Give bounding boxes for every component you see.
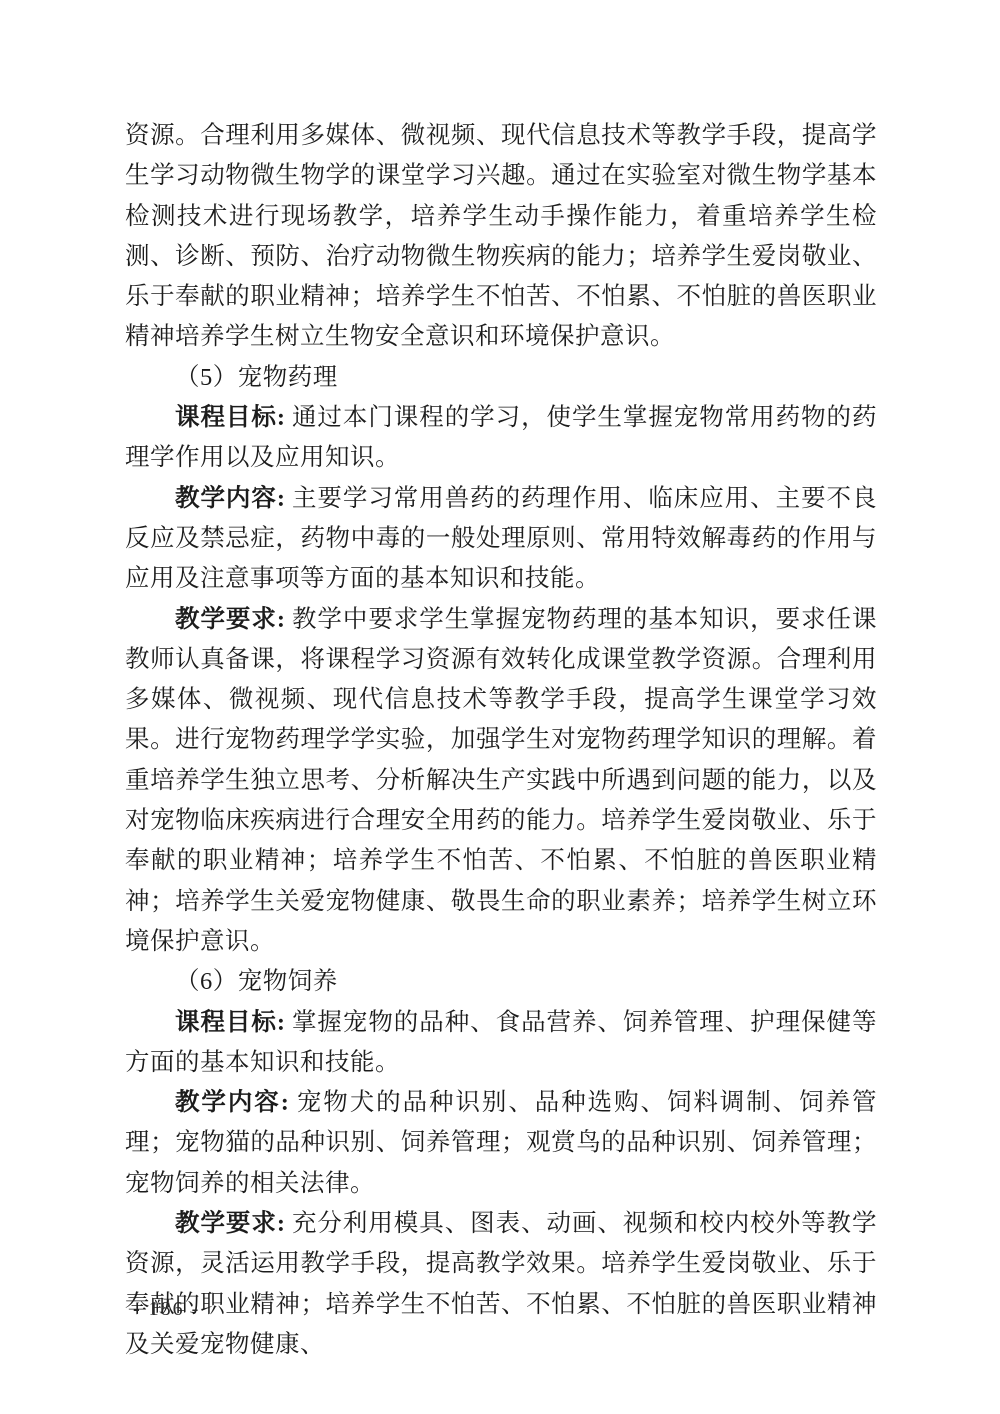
- document-body: 资源。合理利用多媒体、微视频、现代信息技术等教学手段，提高学生学习动物微生物学的…: [125, 116, 877, 1365]
- paragraph-label: 教学要求:: [175, 606, 286, 633]
- paragraph: 课程目标:掌握宠物的品种、食品营养、饲养管理、护理保健等方面的基本知识和技能。: [125, 1003, 877, 1084]
- paragraph: 教学内容:主要学习常用兽药的药理作用、临床应用、主要不良反应及禁忌症，药物中毒的…: [125, 479, 877, 600]
- document-page: 资源。合理利用多媒体、微视频、现代信息技术等教学手段，提高学生学习动物微生物学的…: [0, 0, 1000, 1414]
- paragraph-label: 教学内容:: [175, 1089, 289, 1116]
- paragraph: 教学要求:充分利用模具、图表、动画、视频和校内校外等教学资源，灵活运用教学手段，…: [125, 1204, 877, 1365]
- section-heading: （5）宠物药理: [125, 358, 877, 398]
- paragraph: 教学内容:宠物犬的品种识别、品种选购、饲料调制、饲养管理；宠物猫的品种识别、饲养…: [125, 1083, 877, 1204]
- paragraph: 教学要求:教学中要求学生掌握宠物药理的基本知识，要求任课教师认真备课，将课程学习…: [125, 600, 877, 963]
- paragraph-label: 课程目标:: [175, 404, 286, 431]
- paragraph-label: 教学内容:: [175, 485, 286, 512]
- section-heading: （6）宠物饲养: [125, 962, 877, 1002]
- paragraph-label: 教学要求:: [175, 1210, 286, 1237]
- page-number: - 186 -: [133, 1298, 200, 1321]
- paragraph: 资源。合理利用多媒体、微视频、现代信息技术等教学手段，提高学生学习动物微生物学的…: [125, 116, 877, 358]
- paragraph-label: 课程目标:: [175, 1009, 286, 1036]
- paragraph: 课程目标:通过本门课程的学习，使学生掌握宠物常用药物的药理学作用以及应用知识。: [125, 398, 877, 479]
